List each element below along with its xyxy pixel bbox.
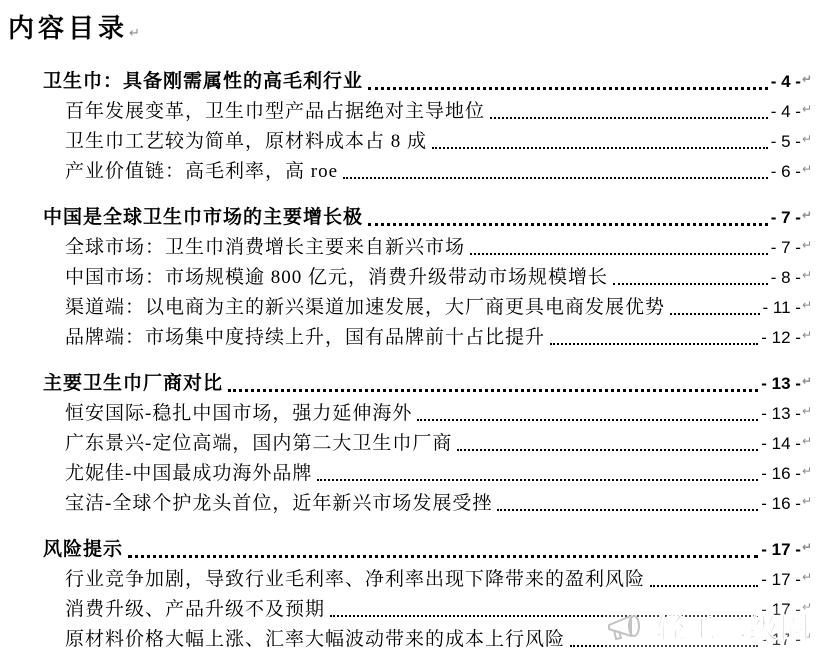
megaphone-icon bbox=[605, 611, 651, 643]
page-number: - 16 - bbox=[761, 462, 801, 486]
toc-label: 宝洁-全球个护龙头首位，近年新兴市场发展受挫 bbox=[65, 492, 492, 516]
page-number: - 11 - bbox=[763, 296, 801, 320]
toc-label: 卫生巾：具备刚需属性的高毛利行业 bbox=[43, 70, 363, 94]
dot-leader bbox=[368, 87, 768, 90]
watermark-text: 轻工二级圈 bbox=[656, 606, 811, 647]
page-title: 内容目录 bbox=[8, 14, 128, 43]
toc-label: 卫生巾工艺较为简单，原材料成本占 8 成 bbox=[65, 130, 427, 154]
toc-entry-row[interactable]: 宝洁-全球个护龙头首位，近年新兴市场发展受挫- 16 -↵ bbox=[43, 486, 812, 516]
paragraph-mark-icon: ↵ bbox=[802, 565, 812, 589]
table-of-contents: 卫生巾：具备刚需属性的高毛利行业- 4 -↵百年发展变革，卫生巾型产品占据绝对主… bbox=[43, 64, 812, 652]
toc-entry-row[interactable]: 尤妮佳-中国最成功海外品牌- 16 -↵ bbox=[43, 456, 812, 486]
toc-label: 尤妮佳-中国最成功海外品牌 bbox=[65, 462, 312, 486]
toc-heading-row[interactable]: 风险提示- 17 -↵ bbox=[43, 532, 812, 562]
paragraph-mark-icon: ↵ bbox=[129, 26, 140, 41]
toc-section: 卫生巾：具备刚需属性的高毛利行业- 4 -↵百年发展变革，卫生巾型产品占据绝对主… bbox=[43, 64, 812, 184]
dot-leader bbox=[650, 585, 758, 587]
toc-entry-row[interactable]: 卫生巾工艺较为简单，原材料成本占 8 成- 5 -↵ bbox=[43, 124, 812, 154]
paragraph-mark-icon: ↵ bbox=[802, 369, 812, 393]
toc-entry-row[interactable]: 行业竞争加剧，导致行业毛利率、净利率出现下降带来的盈利风险- 17 -↵ bbox=[43, 562, 812, 592]
toc-entry-row[interactable]: 产业价值链：高毛利率，高 roe- 6 -↵ bbox=[43, 154, 812, 184]
dot-leader bbox=[670, 313, 760, 315]
toc-label: 行业竞争加剧，导致行业毛利率、净利率出现下降带来的盈利风险 bbox=[65, 568, 645, 592]
toc-entry-row[interactable]: 全球市场：卫生巾消费增长主要来自新兴市场- 7 -↵ bbox=[43, 230, 812, 260]
paragraph-mark-icon: ↵ bbox=[802, 429, 812, 453]
page-number: - 17 - bbox=[761, 538, 801, 562]
toc-entry-row[interactable]: 中国市场：市场规模逾 800 亿元，消费升级带动市场规模增长- 8 -↵ bbox=[43, 260, 812, 290]
paragraph-mark-icon: ↵ bbox=[802, 293, 812, 317]
paragraph-mark-icon: ↵ bbox=[802, 127, 812, 151]
dot-leader bbox=[550, 343, 758, 345]
page-number: - 4 - bbox=[771, 100, 801, 124]
dot-leader bbox=[368, 223, 768, 226]
page-number: - 8 - bbox=[771, 266, 801, 290]
paragraph-mark-icon: ↵ bbox=[802, 67, 812, 91]
dot-leader bbox=[228, 389, 758, 392]
paragraph-mark-icon: ↵ bbox=[802, 203, 812, 227]
dot-leader bbox=[457, 449, 758, 451]
paragraph-mark-icon: ↵ bbox=[802, 459, 812, 483]
toc-entry-row[interactable]: 品牌端：市场集中度持续上升，国有品牌前十占比提升- 12 -↵ bbox=[43, 320, 812, 350]
toc-heading-row[interactable]: 中国是全球卫生巾市场的主要增长极- 7 -↵ bbox=[43, 200, 812, 230]
watermark: 轻工二级圈 bbox=[605, 606, 811, 647]
toc-entry-row[interactable]: 百年发展变革，卫生巾型产品占据绝对主导地位- 4 -↵ bbox=[43, 94, 812, 124]
toc-label: 渠道端：以电商为主的新兴渠道加速发展，大厂商更具电商发展优势 bbox=[65, 296, 665, 320]
dot-leader bbox=[613, 283, 768, 285]
page-number: - 16 - bbox=[761, 492, 801, 516]
page-number: - 5 - bbox=[771, 130, 801, 154]
toc-label: 中国是全球卫生巾市场的主要增长极 bbox=[43, 206, 363, 230]
dot-leader bbox=[128, 555, 758, 558]
toc-label: 消费升级、产品升级不及预期 bbox=[65, 598, 325, 622]
dot-leader bbox=[417, 419, 758, 421]
dot-leader bbox=[432, 147, 768, 149]
toc-label: 产业价值链：高毛利率，高 roe bbox=[65, 160, 338, 184]
toc-entry-row[interactable]: 恒安国际-稳扎中国市场，强力延伸海外- 13 -↵ bbox=[43, 396, 812, 426]
page-number: - 14 - bbox=[761, 432, 801, 456]
toc-label: 全球市场：卫生巾消费增长主要来自新兴市场 bbox=[65, 236, 465, 260]
page-number: - 17 - bbox=[761, 568, 801, 592]
toc-label: 主要卫生巾厂商对比 bbox=[43, 372, 223, 396]
paragraph-mark-icon: ↵ bbox=[802, 323, 812, 347]
page-number: - 7 - bbox=[771, 206, 801, 230]
document-title-row: 内容目录↵ bbox=[0, 0, 833, 46]
page-number: - 7 - bbox=[771, 236, 801, 260]
paragraph-mark-icon: ↵ bbox=[802, 263, 812, 287]
paragraph-mark-icon: ↵ bbox=[802, 157, 812, 181]
paragraph-mark-icon: ↵ bbox=[802, 399, 812, 423]
toc-section: 主要卫生巾厂商对比- 13 -↵恒安国际-稳扎中国市场，强力延伸海外- 13 -… bbox=[43, 366, 812, 516]
dot-leader bbox=[343, 177, 768, 179]
dot-leader bbox=[317, 479, 758, 481]
toc-heading-row[interactable]: 主要卫生巾厂商对比- 13 -↵ bbox=[43, 366, 812, 396]
paragraph-mark-icon: ↵ bbox=[802, 97, 812, 121]
paragraph-mark-icon: ↵ bbox=[802, 535, 812, 559]
toc-label: 中国市场：市场规模逾 800 亿元，消费升级带动市场规模增长 bbox=[65, 266, 608, 290]
dot-leader bbox=[470, 253, 768, 255]
page-number: - 12 - bbox=[761, 326, 801, 350]
page-number: - 4 - bbox=[771, 70, 801, 94]
toc-entry-row[interactable]: 渠道端：以电商为主的新兴渠道加速发展，大厂商更具电商发展优势- 11 -↵ bbox=[43, 290, 812, 320]
toc-entry-row[interactable]: 广东景兴-定位高端，国内第二大卫生巾厂商- 14 -↵ bbox=[43, 426, 812, 456]
toc-label: 广东景兴-定位高端，国内第二大卫生巾厂商 bbox=[65, 432, 452, 456]
toc-heading-row[interactable]: 卫生巾：具备刚需属性的高毛利行业- 4 -↵ bbox=[43, 64, 812, 94]
toc-label: 百年发展变革，卫生巾型产品占据绝对主导地位 bbox=[65, 100, 485, 124]
toc-label: 风险提示 bbox=[43, 538, 123, 562]
toc-section: 中国是全球卫生巾市场的主要增长极- 7 -↵全球市场：卫生巾消费增长主要来自新兴… bbox=[43, 200, 812, 350]
toc-label: 恒安国际-稳扎中国市场，强力延伸海外 bbox=[65, 402, 412, 426]
page-number: - 6 - bbox=[771, 160, 801, 184]
paragraph-mark-icon: ↵ bbox=[802, 233, 812, 257]
toc-label: 品牌端：市场集中度持续上升，国有品牌前十占比提升 bbox=[65, 326, 545, 350]
dot-leader bbox=[490, 117, 768, 119]
paragraph-mark-icon: ↵ bbox=[802, 489, 812, 513]
page-number: - 13 - bbox=[761, 372, 801, 396]
page-number: - 13 - bbox=[761, 402, 801, 426]
dot-leader bbox=[497, 509, 758, 511]
toc-label: 原材料价格大幅上涨、汇率大幅波动带来的成本上行风险 bbox=[65, 628, 565, 652]
